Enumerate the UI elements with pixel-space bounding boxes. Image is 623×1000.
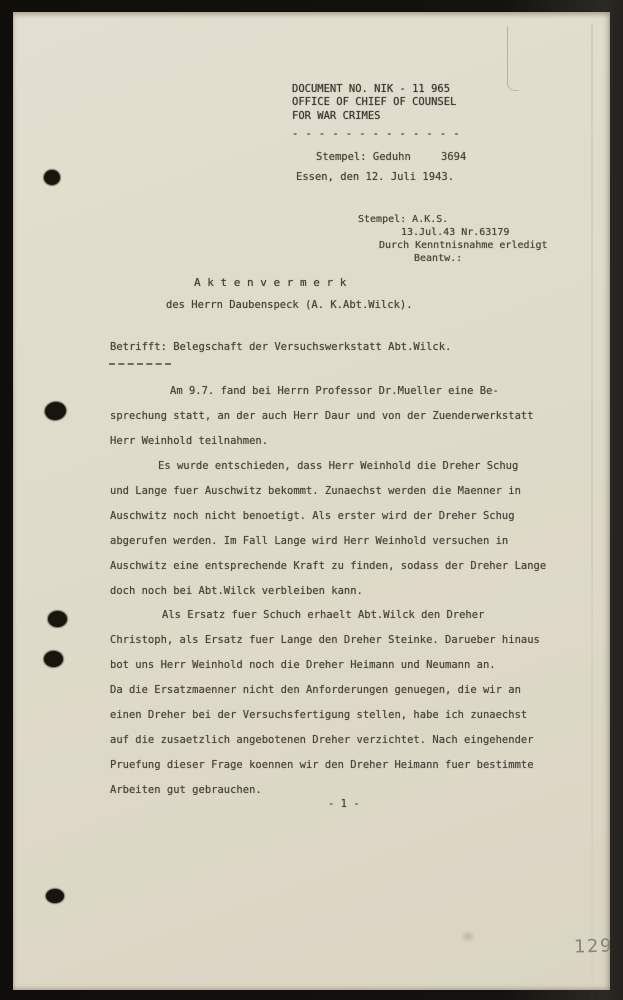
dateline: Essen, den 12. Juli 1943. [296, 171, 454, 184]
evidence-header: DOCUMENT NO. NIK - 11 965 OFFICE OF CHIE… [292, 83, 460, 142]
stamp-geduhn-number: 3694 [441, 151, 466, 163]
hole-punch [44, 651, 63, 667]
stamp-aks-line: Beantw.: [414, 252, 462, 265]
body-line: Am 9.7. fand bei Herrn Professor Dr.Muel… [110, 379, 590, 404]
body-line: Auschwitz eine entsprechende Kraft zu fi… [110, 554, 590, 579]
stamp-geduhn-label: Stempel: Geduhn [316, 151, 411, 163]
hole-punch [44, 170, 60, 185]
document-page: DOCUMENT NO. NIK - 11 965 OFFICE OF CHIE… [13, 12, 610, 990]
department-line: FOR WAR CRIMES [292, 110, 460, 123]
stamp-aks-line: Durch Kenntnisnahme erledigt [379, 239, 548, 252]
office-line: OFFICE OF CHIEF OF COUNSEL [292, 96, 460, 109]
document-number: DOCUMENT NO. NIK - 11 965 [292, 83, 460, 96]
stamp-aks-line: Stempel: A.K.S. [358, 213, 448, 226]
subject-line: Betrifft: Belegschaft der Versuchswerkst… [110, 341, 451, 354]
stamp-aks-line: 13.Jul.43 Nr.63179 [401, 226, 509, 239]
body-line: und Lange fuer Auschwitz bekommt. Zunaec… [110, 479, 590, 504]
header-divider: - - - - - - - - - - - - - [292, 128, 460, 141]
hole-punch [44, 401, 67, 422]
hole-punch [48, 611, 67, 627]
paper-crease [507, 26, 519, 91]
page-number: - 1 - [328, 798, 360, 811]
body-line: doch noch bei Abt.Wilck verbleiben kann. [110, 579, 590, 604]
body-line: Als Ersatz fuer Schuch erhaelt Abt.Wilck… [110, 603, 590, 628]
body-line: Pruefung dieser Frage koennen wir den Dr… [110, 753, 590, 778]
body-line: abgerufen werden. Im Fall Lange wird Her… [110, 529, 590, 554]
subject-underline [109, 363, 171, 365]
body-line: Herr Weinhold teilnahmen. [110, 429, 590, 454]
paper-smudge [460, 930, 476, 943]
body-line: bot uns Herr Weinhold noch die Dreher He… [110, 653, 590, 678]
body-line: sprechung statt, an der auch Herr Daur u… [110, 404, 590, 429]
archive-page-number: 129 [574, 935, 614, 957]
paper-crease [591, 24, 593, 1000]
body-line: Auschwitz noch nicht benoetigt. Als erst… [110, 504, 590, 529]
hole-punch [46, 889, 64, 903]
body-line: Es wurde entschieden, dass Herr Weinhold… [110, 454, 590, 479]
body-line: einen Dreher bei der Versuchsfertigung s… [110, 703, 590, 728]
body-line: auf die zusaetzlich angebotenen Dreher v… [110, 728, 590, 753]
memo-author-line: des Herrn Daubenspeck (A. K.Abt.Wilck). [166, 299, 413, 312]
memo-title: A k t e n v e r m e r k [194, 276, 346, 289]
body-line: Christoph, als Ersatz fuer Lange den Dre… [110, 628, 590, 653]
memo-body: Am 9.7. fand bei Herrn Professor Dr.Muel… [110, 379, 590, 803]
body-line: Da die Ersatzmaenner nicht den Anforderu… [110, 678, 590, 703]
stamp-note-geduhn: Stempel: Geduhn 3694 [13, 151, 610, 165]
